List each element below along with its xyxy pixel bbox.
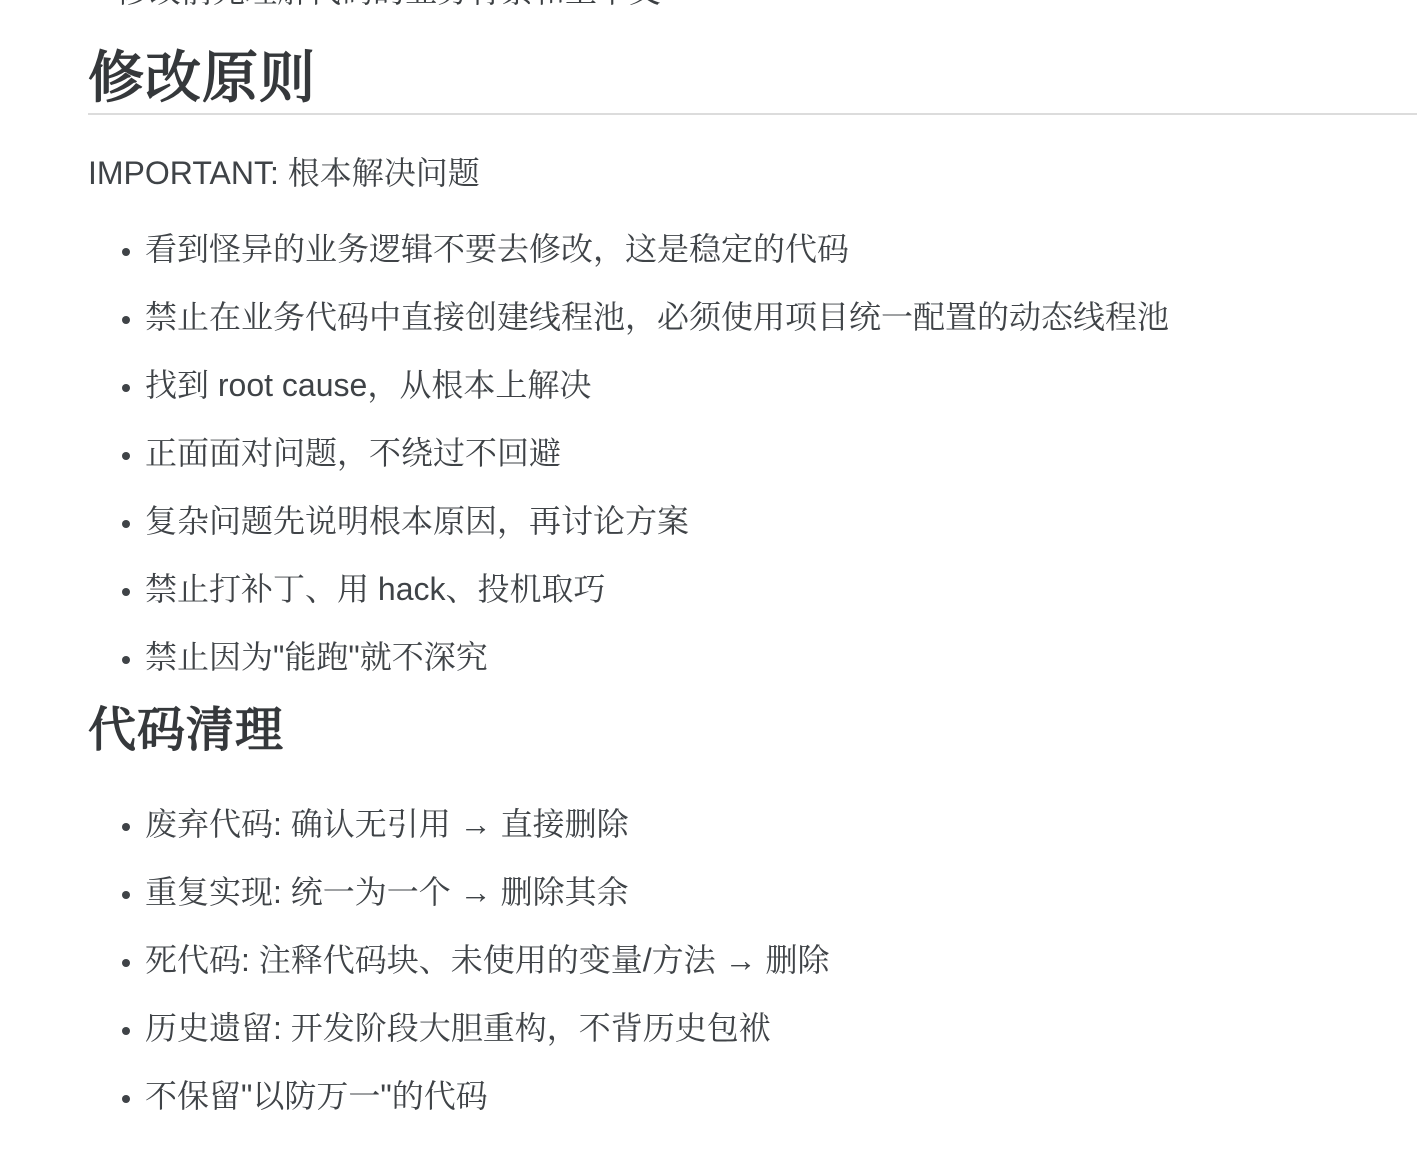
section-title-modification-principles: 修改原则 bbox=[88, 43, 1417, 115]
principles-list: 看到怪异的业务逻辑不要去修改，这是稳定的代码 禁止在业务代码中直接创建线程池，必… bbox=[88, 225, 1417, 681]
important-note: IMPORTANT: 根本解决问题 bbox=[88, 149, 1417, 197]
list-item: 看到怪异的业务逻辑不要去修改，这是稳定的代码 bbox=[145, 225, 1417, 273]
cleanup-list: 废弃代码: 确认无引用 → 直接删除 重复实现: 统一为一个 → 删除其余 死代… bbox=[88, 800, 1417, 1120]
list-item: 废弃代码: 确认无引用 → 直接删除 bbox=[145, 800, 1417, 848]
list-item: 死代码: 注释代码块、未使用的变量/方法 → 删除 bbox=[145, 936, 1417, 984]
list-item: 禁止因为"能跑"就不深究 bbox=[145, 633, 1417, 681]
list-item: 重复实现: 统一为一个 → 删除其余 bbox=[145, 868, 1417, 916]
document-page: 修改前先理解代码的业务背景和上下文 修改原则 IMPORTANT: 根本解决问题… bbox=[0, 0, 1417, 1168]
list-item: 找到 root cause，从根本上解决 bbox=[145, 361, 1417, 409]
clipped-top-text-line: 修改前先理解代码的业务背景和上下文 bbox=[117, 0, 1417, 15]
section-title-code-cleanup: 代码清理 bbox=[88, 701, 1417, 761]
list-item: 复杂问题先说明根本原因，再讨论方案 bbox=[145, 497, 1417, 545]
list-item: 禁止在业务代码中直接创建线程池，必须使用项目统一配置的动态线程池 bbox=[145, 293, 1417, 341]
list-item: 不保留"以防万一"的代码 bbox=[145, 1072, 1417, 1120]
list-item: 正面面对问题，不绕过不回避 bbox=[145, 429, 1417, 477]
list-item: 禁止打补丁、用 hack、投机取巧 bbox=[145, 565, 1417, 613]
list-item: 历史遗留: 开发阶段大胆重构，不背历史包袱 bbox=[145, 1004, 1417, 1052]
